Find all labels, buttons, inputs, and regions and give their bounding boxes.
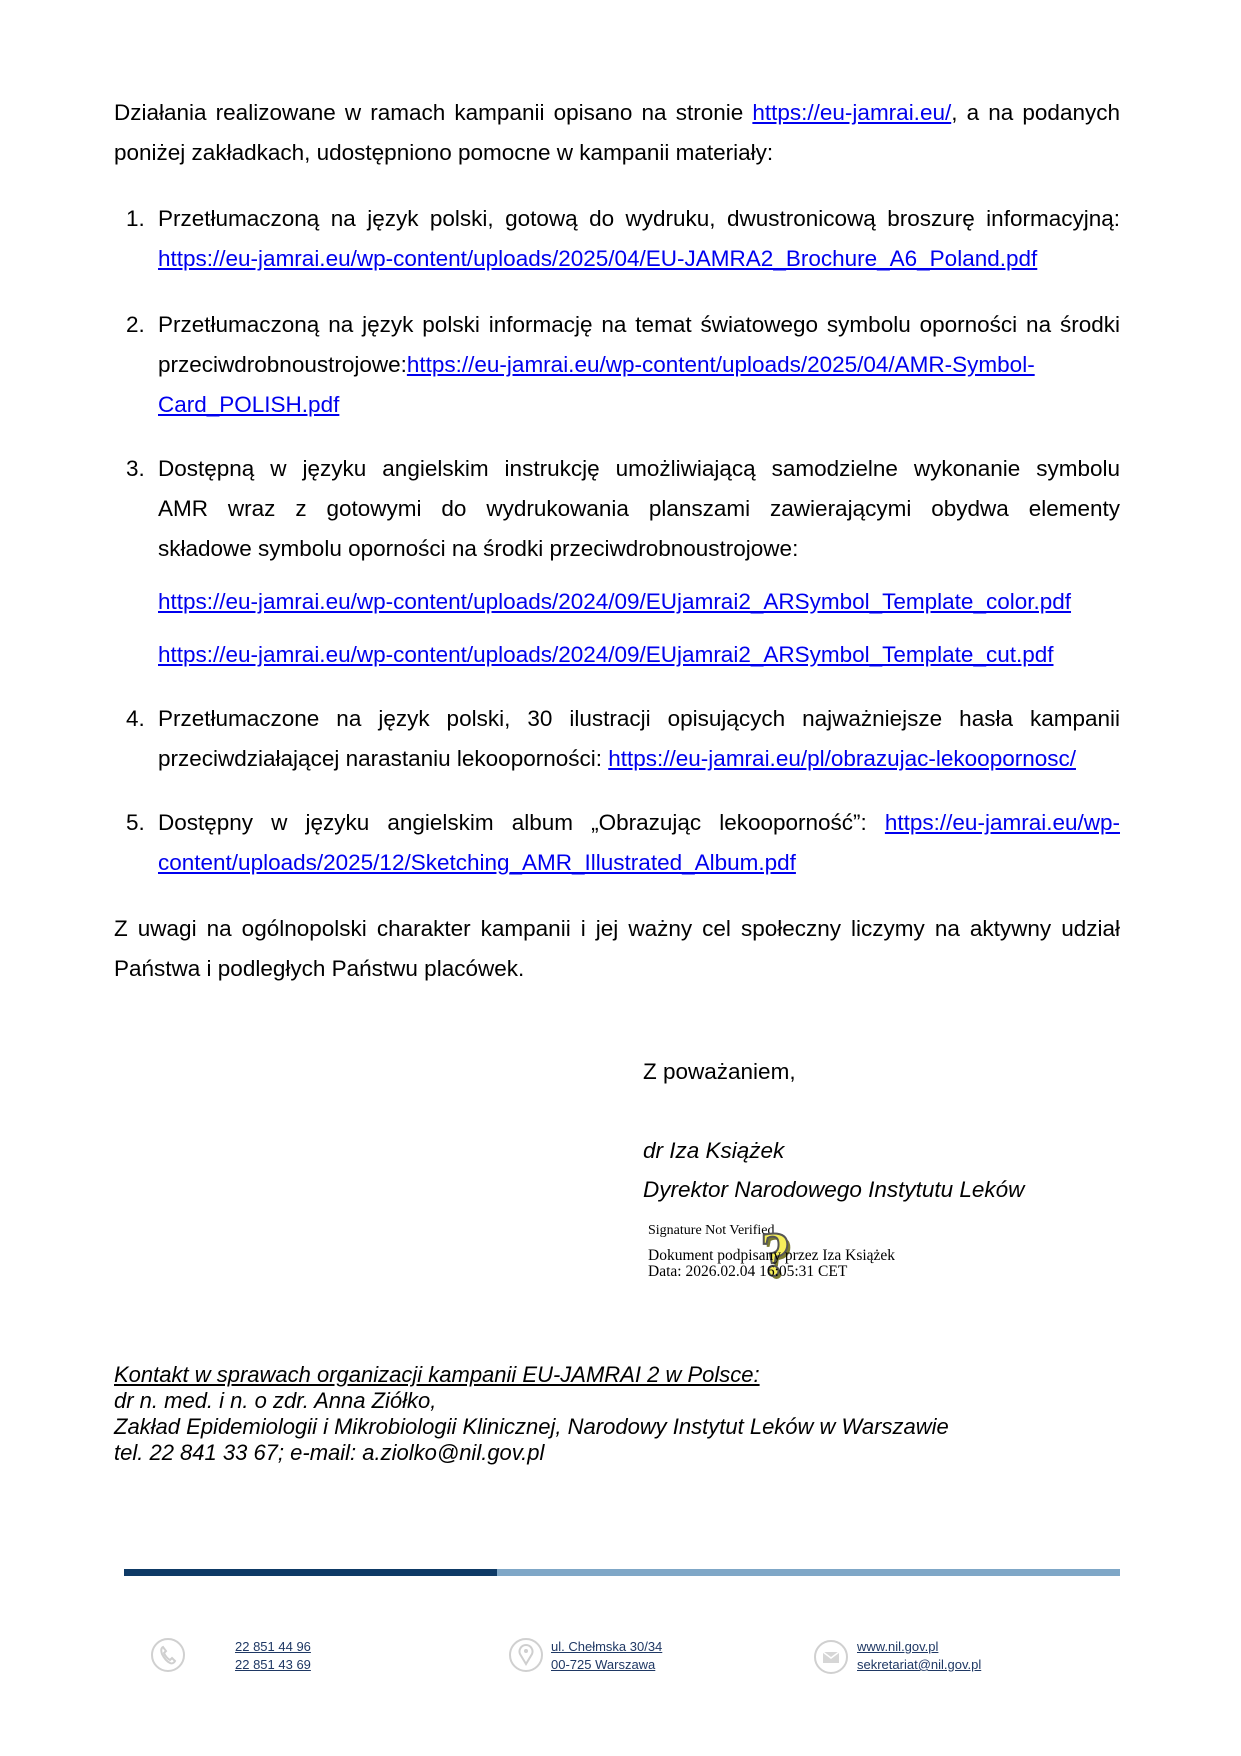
album-link[interactable]: https://eu-jamrai.eu/wp- bbox=[885, 810, 1120, 835]
intro-line-1: Działania realizowane w ramach kampanii … bbox=[114, 93, 1120, 133]
intro-text: Działania realizowane w ramach kampanii … bbox=[114, 100, 752, 125]
item-3-line-1: Dostępną w języku angielskim instrukcję … bbox=[158, 449, 1120, 489]
signatory-name: dr Iza Książek bbox=[643, 1131, 784, 1171]
closing-line-2: Państwa i podległych Państwu placówek. bbox=[114, 949, 1120, 989]
location-pin-icon bbox=[509, 1638, 543, 1672]
template-color-link[interactable]: https://eu-jamrai.eu/wp-content/uploads/… bbox=[158, 582, 1071, 622]
item-2-text: przeciwdrobnoustrojowe: bbox=[158, 352, 407, 377]
item-4-line-2: przeciwdziałającej narastaniu lekooporno… bbox=[158, 739, 1120, 779]
list-item-5: 5. Dostępny w języku angielskim album „O… bbox=[0, 803, 1120, 883]
signature-signed-by: Dokument podpisany przez Iza Książek bbox=[648, 1247, 895, 1264]
list-item-3: 3. Dostępną w języku angielskim instrukc… bbox=[0, 449, 1120, 675]
footer-address-street[interactable]: ul. Chełmska 30/34 bbox=[551, 1638, 662, 1656]
signature-date: Data: 2026.02.04 16:05:31 CET bbox=[648, 1263, 847, 1280]
list-item-4: 4. Przetłumaczone na język polski, 30 il… bbox=[0, 699, 1120, 779]
amr-symbol-card-link[interactable]: https://eu-jamrai.eu/wp-content/uploads/… bbox=[407, 352, 1035, 377]
item-4-line-1: Przetłumaczone na język polski, 30 ilust… bbox=[158, 699, 1120, 739]
item-1-line-1: Przetłumaczoną na język polski, gotową d… bbox=[158, 199, 1120, 239]
item-5-text: Dostępny w języku angielskim album „Obra… bbox=[158, 810, 885, 835]
footer-email[interactable]: sekretariat@nil.gov.pl bbox=[857, 1656, 981, 1674]
footer-phone-1[interactable]: 22 851 44 96 bbox=[235, 1638, 311, 1656]
contact-person: dr n. med. i n. o zdr. Anna Ziółko, bbox=[114, 1388, 949, 1414]
list-number: 2. bbox=[126, 305, 145, 345]
item-4-text: przeciwdziałającej narastaniu lekooporno… bbox=[158, 746, 608, 771]
brochure-link[interactable]: https://eu-jamrai.eu/wp-content/uploads/… bbox=[158, 239, 1037, 279]
intro-text-after: , a na podanych bbox=[951, 100, 1120, 125]
contact-phone-email: tel. 22 841 33 67; e-mail: a.ziolko@nil.… bbox=[114, 1440, 949, 1466]
footer-website[interactable]: www.nil.gov.pl bbox=[857, 1638, 981, 1656]
footer-divider-light bbox=[497, 1569, 1120, 1576]
contact-block: Kontakt w sprawach organizacji kampanii … bbox=[114, 1362, 949, 1466]
footer-divider-dark bbox=[124, 1569, 497, 1576]
list-number: 4. bbox=[126, 699, 145, 739]
footer-address-city[interactable]: 00-725 Warszawa bbox=[551, 1656, 662, 1674]
album-link-cont[interactable]: content/uploads/2025/12/Sketching_AMR_Il… bbox=[158, 843, 796, 883]
campaign-website-link[interactable]: https://eu-jamrai.eu/ bbox=[752, 100, 951, 125]
amr-symbol-card-link-cont[interactable]: Card_POLISH.pdf bbox=[158, 385, 339, 425]
closing-paragraph: Z uwagi na ogólnopolski charakter kampan… bbox=[114, 909, 1120, 989]
intro-paragraph: Działania realizowane w ramach kampanii … bbox=[114, 93, 1120, 173]
envelope-icon bbox=[814, 1640, 848, 1674]
item-3-line-3: składowe symbolu oporności na środki prz… bbox=[158, 529, 1120, 569]
intro-line-2: poniżej zakładkach, udostępniono pomocne… bbox=[114, 133, 1120, 173]
list-item-2: 2. Przetłumaczoną na język polski inform… bbox=[0, 305, 1120, 425]
item-2-line-2: przeciwdrobnoustrojowe:https://eu-jamrai… bbox=[158, 345, 1120, 385]
contact-heading: Kontakt w sprawach organizacji kampanii … bbox=[114, 1362, 949, 1388]
contact-department: Zakład Epidemiologii i Mikrobiologii Kli… bbox=[114, 1414, 949, 1440]
footer-phone[interactable]: 22 851 44 96 22 851 43 69 bbox=[235, 1638, 311, 1674]
phone-icon bbox=[151, 1638, 185, 1672]
list-item-1: 1. Przetłumaczoną na język polski, gotow… bbox=[0, 199, 1120, 279]
illustrations-link[interactable]: https://eu-jamrai.eu/pl/obrazujac-lekoop… bbox=[608, 746, 1076, 771]
list-number: 3. bbox=[126, 449, 145, 489]
item-2-line-1: Przetłumaczoną na język polski informacj… bbox=[158, 305, 1120, 345]
footer-phone-2[interactable]: 22 851 43 69 bbox=[235, 1656, 311, 1674]
closing-line-1: Z uwagi na ogólnopolski charakter kampan… bbox=[114, 909, 1120, 949]
signature-status: Signature Not Verified bbox=[648, 1222, 775, 1239]
footer-address[interactable]: ul. Chełmska 30/34 00-725 Warszawa bbox=[551, 1638, 662, 1674]
item-3-line-2: AMR wraz z gotowymi do wydrukowania plan… bbox=[158, 489, 1120, 529]
signatory-title: Dyrektor Narodowego Instytutu Leków bbox=[643, 1170, 1024, 1210]
item-5-line-1: Dostępny w języku angielskim album „Obra… bbox=[158, 803, 1120, 843]
list-number: 5. bbox=[126, 803, 145, 843]
greeting: Z poważaniem, bbox=[643, 1052, 796, 1092]
list-number: 1. bbox=[126, 199, 145, 239]
template-cut-link[interactable]: https://eu-jamrai.eu/wp-content/uploads/… bbox=[158, 635, 1054, 675]
footer-web[interactable]: www.nil.gov.pl sekretariat@nil.gov.pl bbox=[857, 1638, 981, 1674]
